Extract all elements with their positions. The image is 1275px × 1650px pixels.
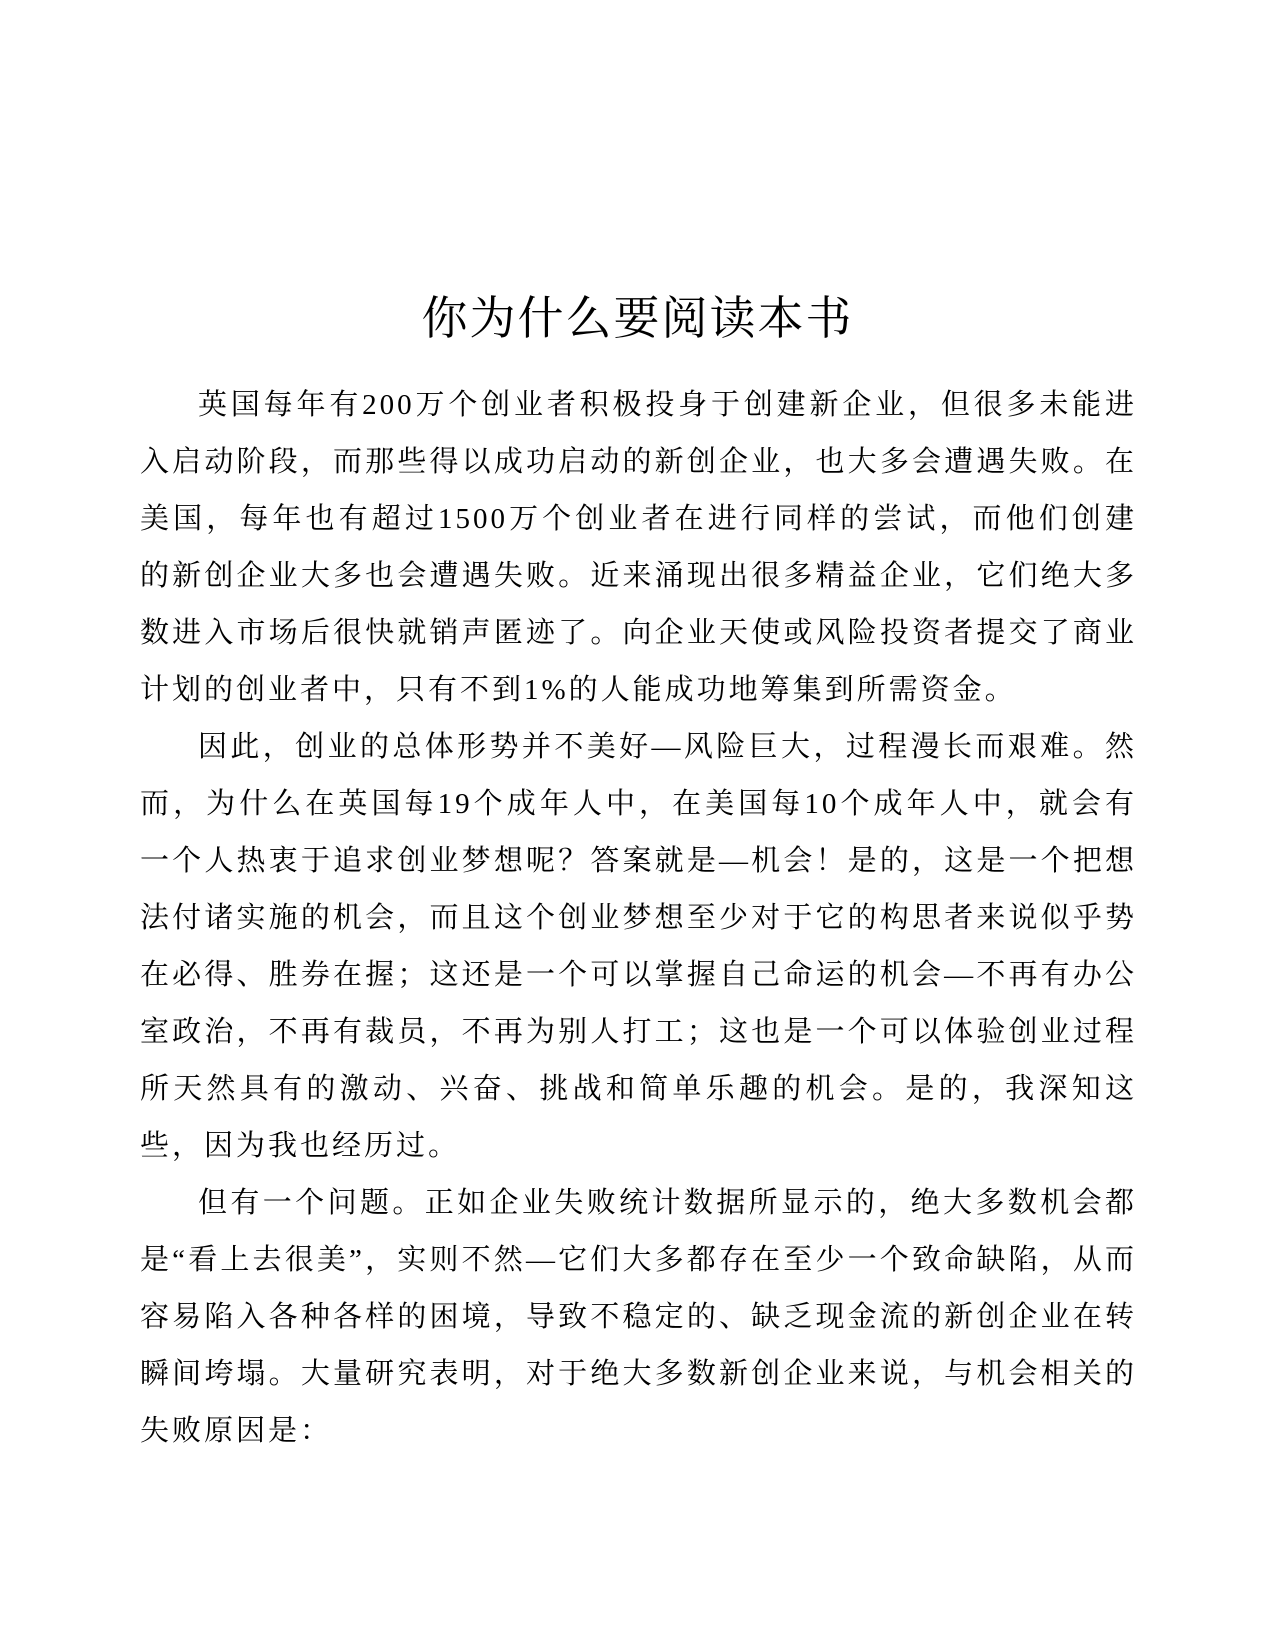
page-title: 你为什么要阅读本书 <box>0 296 1275 342</box>
document-page: 你为什么要阅读本书 英国每年有200万个创业者积极投身于创建新企业，但很多未能进… <box>0 0 1275 1650</box>
paragraph-1: 英国每年有200万个创业者积极投身于创建新企业，但很多未能进入启动阶段，而那些得… <box>140 377 1137 719</box>
paragraph-2: 因此，创业的总体形势并不美好—风险巨大，过程漫长而艰难。然而，为什么在英国每19… <box>140 719 1137 1175</box>
document-body: 英国每年有200万个创业者积极投身于创建新企业，但很多未能进入启动阶段，而那些得… <box>140 377 1137 1460</box>
paragraph-3: 但有一个问题。正如企业失败统计数据所显示的，绝大多数机会都是“看上去很美”，实则… <box>140 1175 1137 1460</box>
